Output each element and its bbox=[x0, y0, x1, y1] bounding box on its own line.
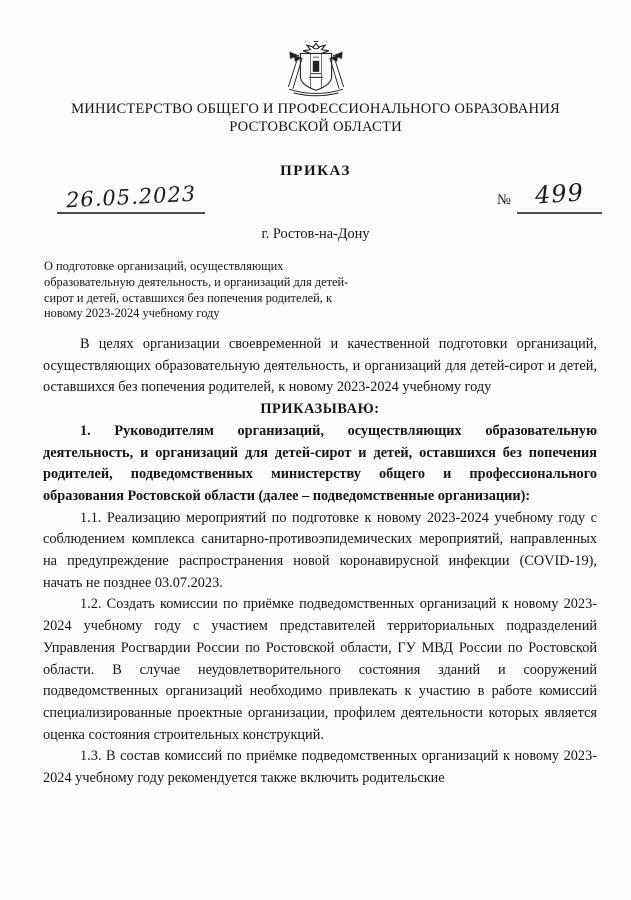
city-line: г. Ростов-на-Дону bbox=[0, 226, 631, 243]
number-sign-label: № bbox=[497, 192, 511, 209]
intro-paragraph: В целях организации своевременной и каче… bbox=[43, 334, 597, 399]
scanned-order-document: МИНИСТЕРСТВО ОБЩЕГО И ПРОФЕССИОНАЛЬНОГО … bbox=[0, 0, 631, 900]
document-body: В целях организации своевременной и каче… bbox=[43, 334, 597, 790]
resolution-heading: ПРИКАЗЫВАЮ: bbox=[43, 399, 597, 421]
rostov-oblast-coat-of-arms-icon bbox=[270, 40, 362, 105]
order-item-1-1: 1.1. Реализацию мероприятий по подготовк… bbox=[43, 508, 597, 595]
date-field: 26.05.2023 bbox=[57, 182, 205, 214]
handwritten-number: 499 bbox=[534, 176, 585, 211]
order-item-1: 1. Руководителям организаций, осуществля… bbox=[43, 421, 597, 508]
order-item-1-2: 1.2. Создать комиссии по приёмке подведо… bbox=[43, 594, 597, 746]
ministry-header: МИНИСТЕРСТВО ОБЩЕГО И ПРОФЕССИОНАЛЬНОГО … bbox=[0, 101, 631, 136]
ministry-name-line2: РОСТОВСКОЙ ОБЛАСТИ bbox=[0, 119, 631, 137]
ministry-name-line1: МИНИСТЕРСТВО ОБЩЕГО И ПРОФЕССИОНАЛЬНОГО … bbox=[0, 101, 631, 119]
subject-annotation: О подготовке организаций, осуществляющих… bbox=[44, 259, 367, 322]
handwritten-date: 26.05.2023 bbox=[65, 179, 197, 216]
order-item-1-3: 1.3. В состав комиссий по приёмке подвед… bbox=[43, 746, 597, 789]
number-field: 499 bbox=[517, 178, 602, 214]
